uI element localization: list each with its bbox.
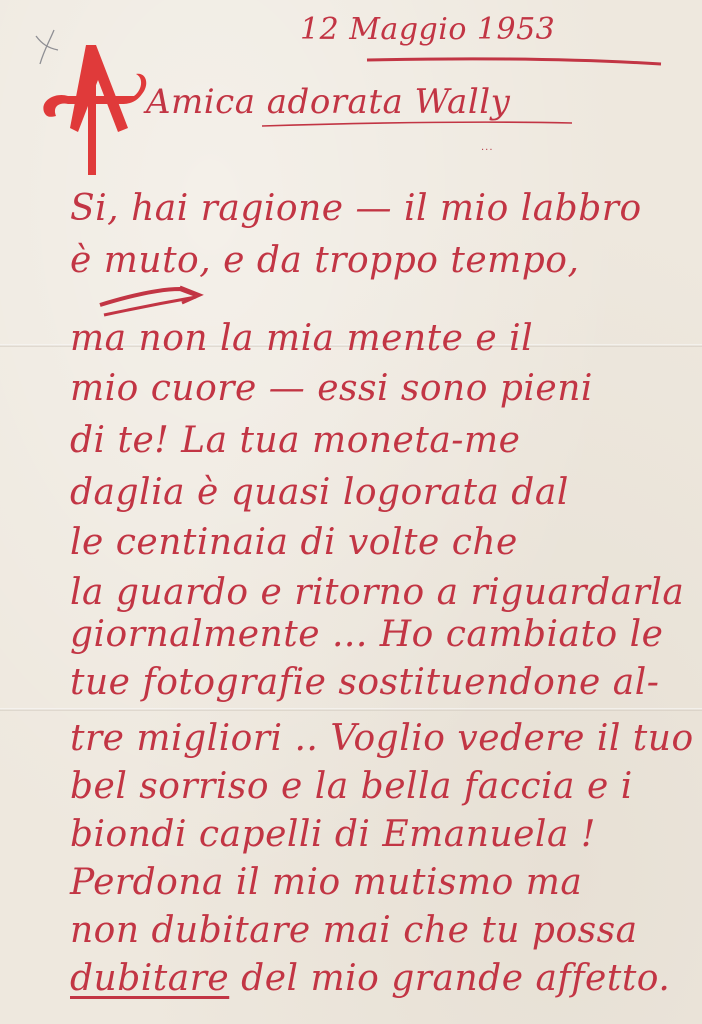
body-line: biondi capelli di Emanuela ! xyxy=(70,814,596,855)
body-line: daglia è quasi logorata dal xyxy=(70,472,569,513)
arrow-flourish-icon xyxy=(96,283,206,319)
body-line: la guardo e ritorno a riguardarla xyxy=(70,572,684,613)
salutation-text: Amica adorata Wally xyxy=(146,82,510,122)
body-line: tre migliori .. Voglio vedere il tuo xyxy=(70,718,694,759)
at-monogram-icon xyxy=(38,40,150,175)
body-line: Si, hai ragione — il mio labbro xyxy=(70,188,642,229)
body-line: ma non la mia mente e il xyxy=(70,318,533,359)
body-line: le centinaia di volte che xyxy=(70,522,518,563)
body-line: Perdona il mio mutismo ma xyxy=(70,862,582,903)
closing-line: dubitare del mio grande affetto. xyxy=(70,958,670,999)
body-line: non dubitare mai che tu possa xyxy=(70,910,638,951)
ink-dots: ... xyxy=(481,142,494,153)
date-underline xyxy=(365,56,665,66)
salutation: Amica adorata Wally xyxy=(146,82,510,122)
letter-page: 12 Maggio 1953 Amica adorata Wally ... S… xyxy=(0,0,702,1024)
body-line: è muto, e da troppo tempo, xyxy=(70,240,579,281)
letter-date: 12 Maggio 1953 xyxy=(300,12,555,47)
underlined-word: dubitare xyxy=(70,958,229,999)
body-line: giornalmente ... Ho cambiato le xyxy=(70,614,663,655)
fold-crease xyxy=(0,708,702,711)
salutation-underline xyxy=(260,120,575,128)
closing-text: del mio grande affetto. xyxy=(229,958,670,999)
body-line: tue fotografie sostituendone al- xyxy=(70,662,659,703)
body-line: bel sorriso e la bella faccia e i xyxy=(70,766,633,807)
body-line: mio cuore — essi sono pieni xyxy=(70,368,593,409)
body-line: di te! La tua moneta-me xyxy=(70,420,520,461)
